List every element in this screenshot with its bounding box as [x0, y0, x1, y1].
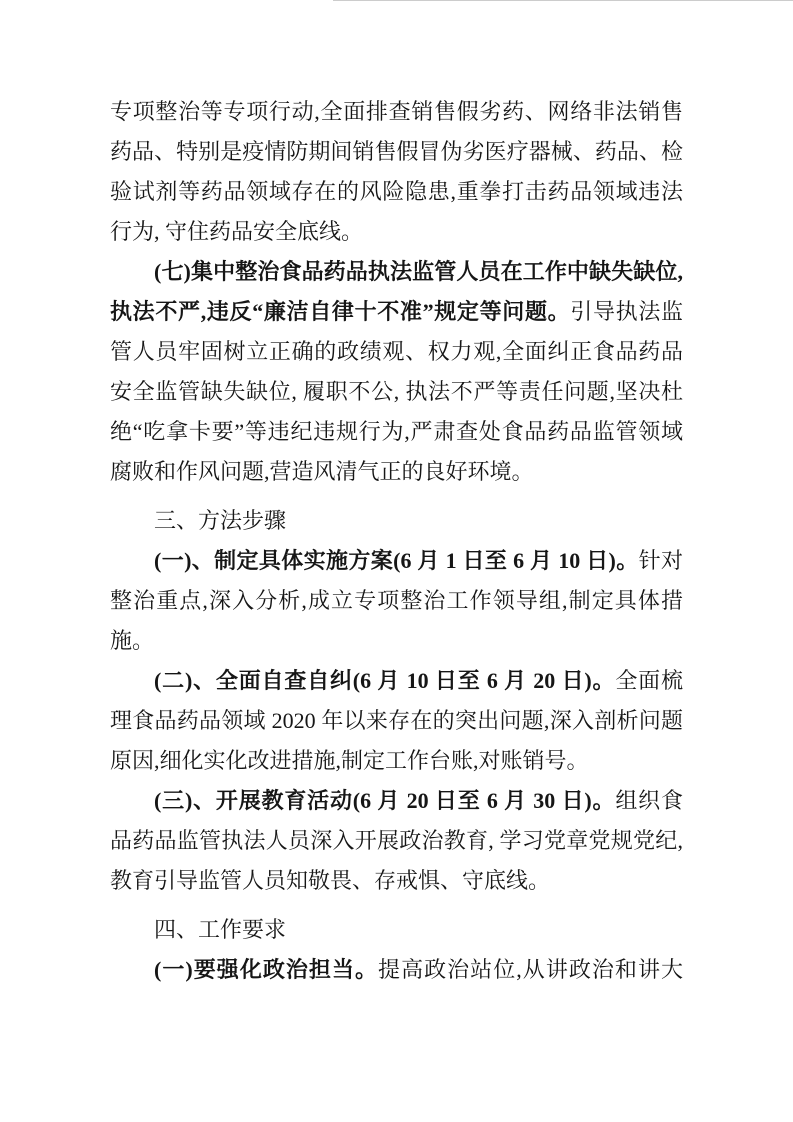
bold-text-run: (二)、全面自查自纠(6 月 10 日至 6 月 20 日)。: [154, 668, 615, 693]
paragraph: (三)、开展教育活动(6 月 20 日至 6 月 30 日)。组织食品药品监管执…: [110, 781, 683, 901]
text-run: 提高政治站位,从讲政治和讲大: [378, 957, 683, 982]
bold-text-run: (一)要强化政治担当。: [154, 957, 378, 982]
paragraph: (七)集中整治食品药品执法监管人员在工作中缺失缺位, 执法不严,违反“廉洁自律十…: [110, 252, 683, 492]
text-run: 专项整治等专项行动,全面排查销售假劣药、网络非法销售药品、特别是疫情防期间销售假…: [110, 99, 683, 244]
bold-text-run: (一)、制定具体实施方案(6 月 1 日至 6 月 10 日)。: [154, 548, 639, 573]
bold-text-run: (三)、开展教育活动(6 月 20 日至 6 月 30 日)。: [154, 788, 615, 813]
text-run: 三、方法步骤: [154, 508, 286, 533]
paragraph: 专项整治等专项行动,全面排查销售假劣药、网络非法销售药品、特别是疫情防期间销售假…: [110, 92, 683, 252]
document-body: 专项整治等专项行动,全面排查销售假劣药、网络非法销售药品、特别是疫情防期间销售假…: [110, 92, 683, 990]
paragraph: (二)、全面自查自纠(6 月 10 日至 6 月 20 日)。全面梳理食品药品领…: [110, 661, 683, 781]
section-heading: 四、工作要求: [110, 910, 683, 950]
paragraph: (一)要强化政治担当。提高政治站位,从讲政治和讲大: [110, 950, 683, 990]
paragraph: (一)、制定具体实施方案(6 月 1 日至 6 月 10 日)。针对整治重点,深…: [110, 541, 683, 661]
text-run: 引导执法监管人员牢固树立正确的政绩观、权力观,全面纠正食品药品安全监管缺失缺位,…: [110, 299, 683, 484]
section-heading: 三、方法步骤: [110, 501, 683, 541]
document-page: 专项整治等专项行动,全面排查销售假劣药、网络非法销售药品、特别是疫情防期间销售假…: [0, 0, 793, 1122]
text-run: 四、工作要求: [154, 917, 286, 942]
